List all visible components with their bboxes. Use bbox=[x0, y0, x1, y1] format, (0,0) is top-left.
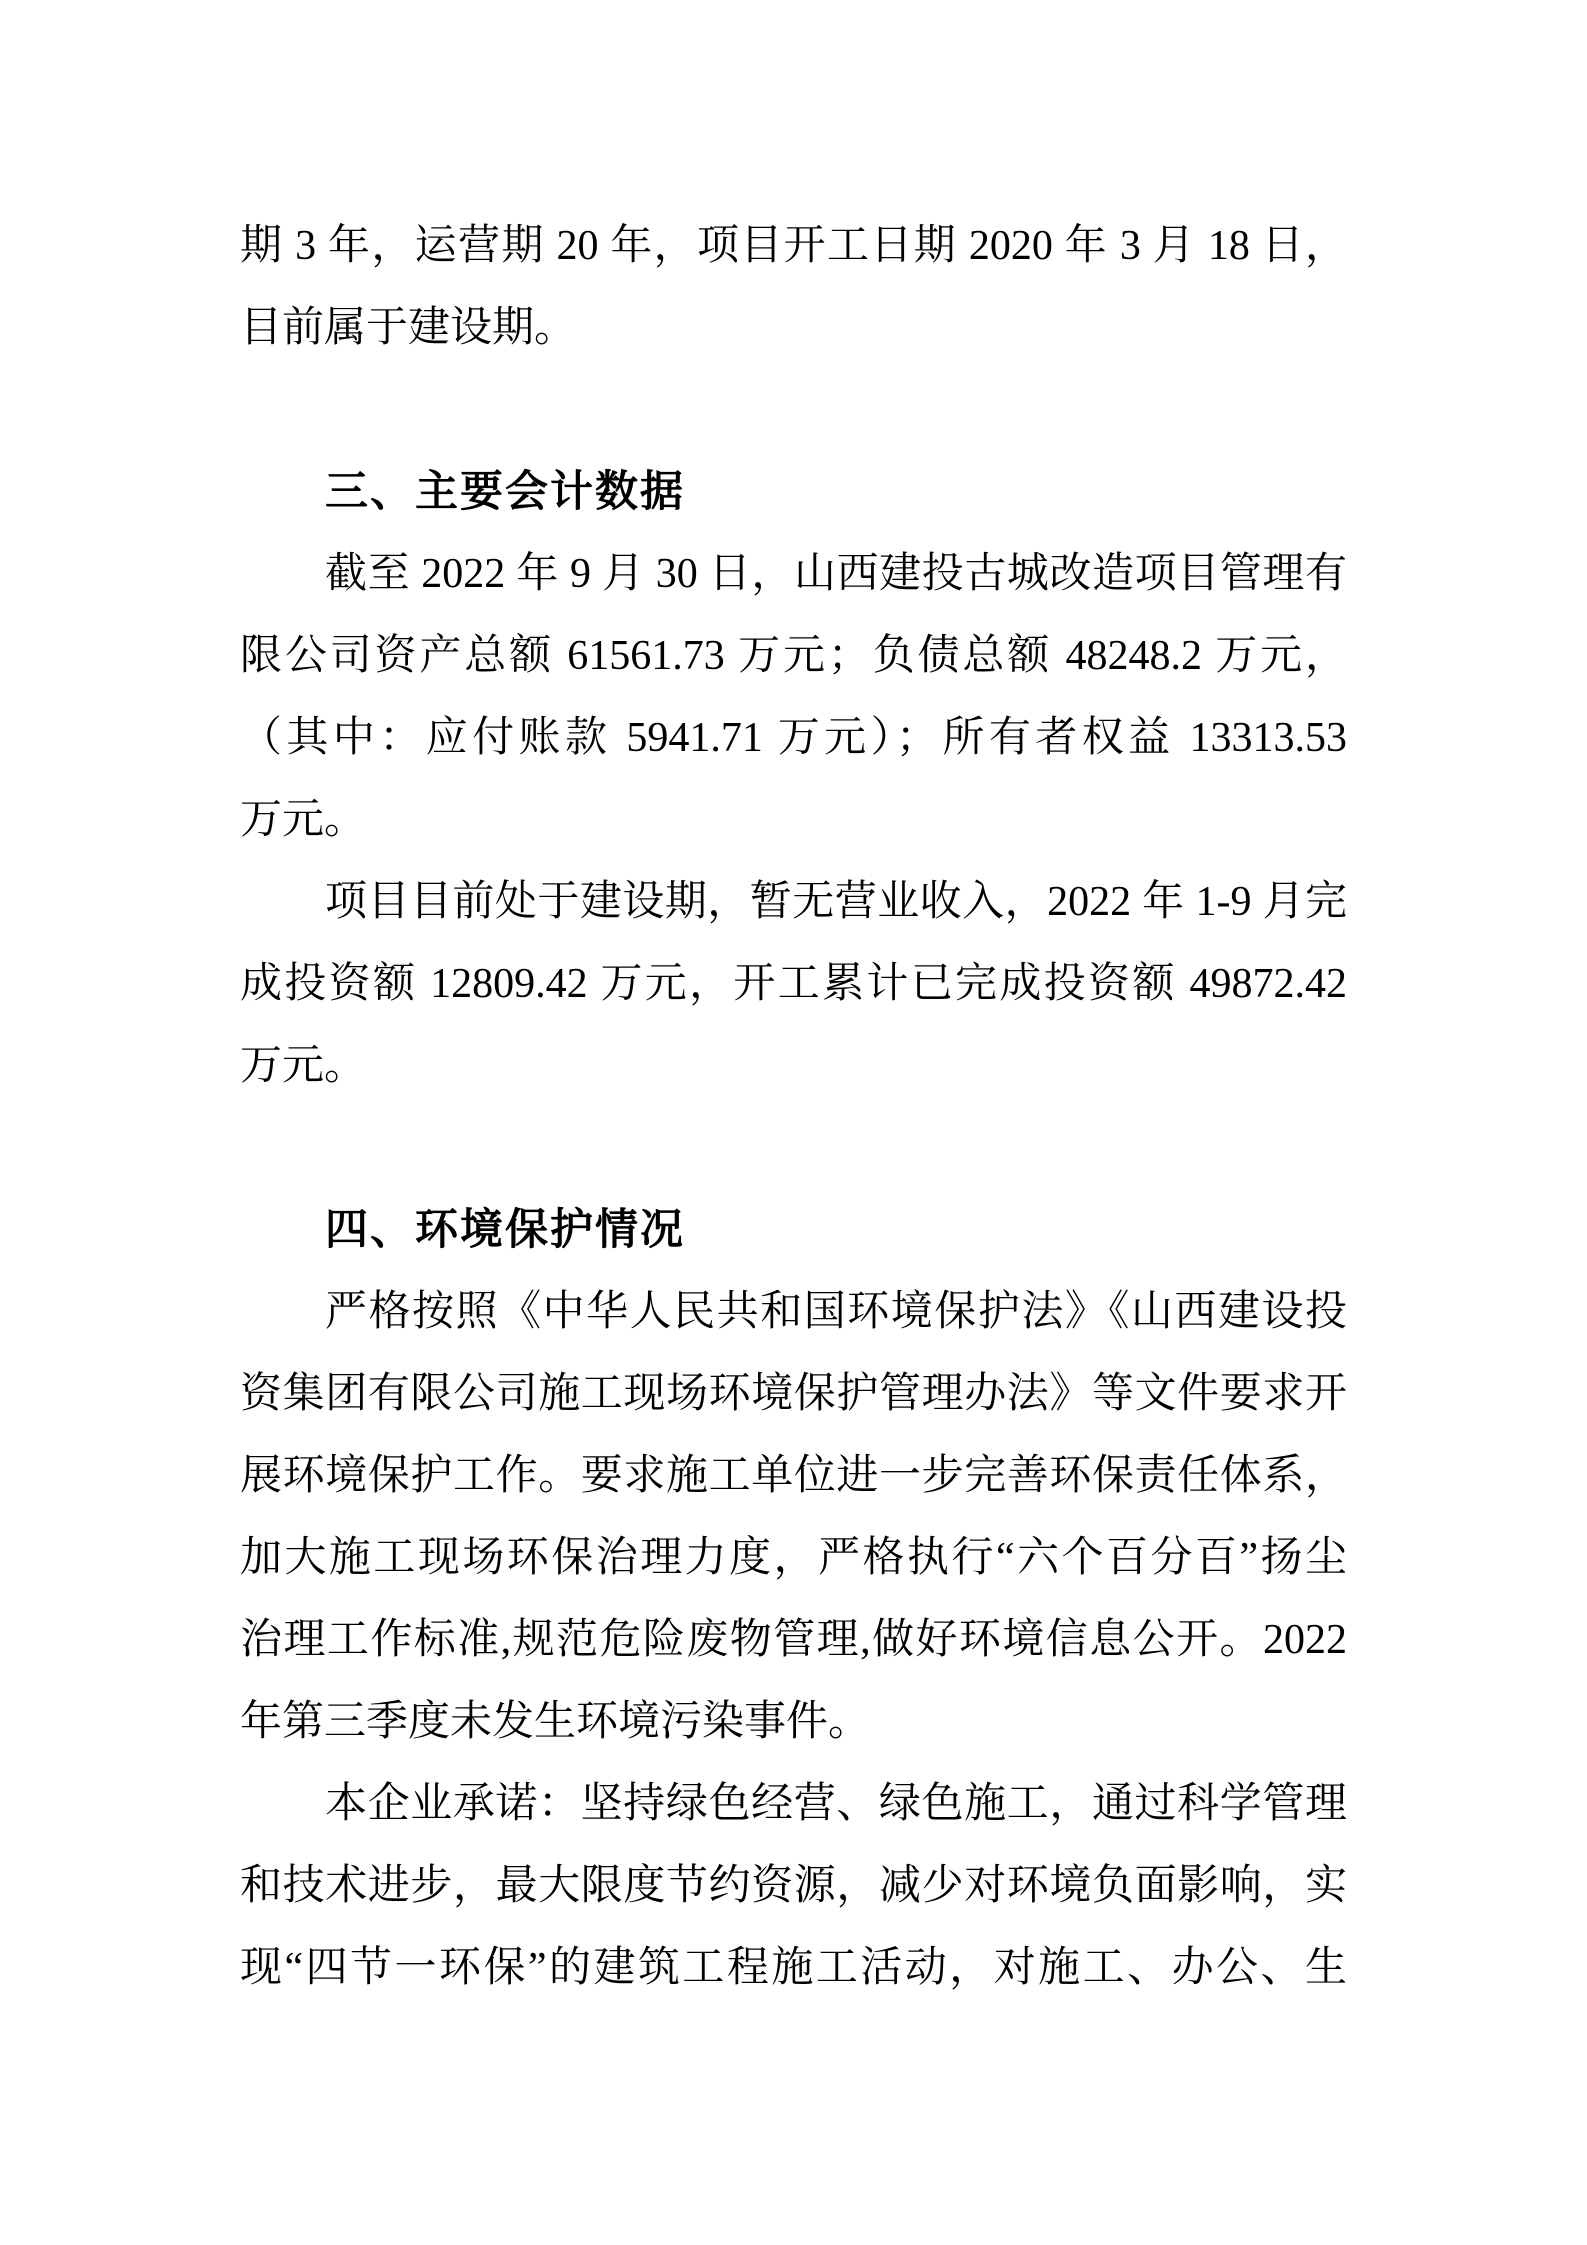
text-line: （其中：应付账款 5941.71 万元）；所有者权益 13313.53 bbox=[240, 697, 1347, 779]
text-line: 万元。 bbox=[240, 779, 1347, 861]
document-page: 期 3 年，运营期 20 年，项目开工日期 2020 年 3 月 18 日， 目… bbox=[0, 0, 1587, 2245]
blank-line bbox=[240, 1107, 1347, 1189]
blank-line bbox=[240, 369, 1347, 451]
text-line: 成投资额 12809.42 万元，开工累计已完成投资额 49872.42 bbox=[240, 943, 1347, 1025]
text-line: 和技术进步，最大限度节约资源，减少对环境负面影响，实 bbox=[240, 1845, 1347, 1927]
text-line: 目前属于建设期。 bbox=[240, 287, 1347, 369]
section-heading-environmental-protection: 四、环境保护情况 bbox=[240, 1189, 1347, 1271]
text-line: 本企业承诺：坚持绿色经营、绿色施工，通过科学管理 bbox=[240, 1763, 1347, 1845]
text-line: 加大施工现场环保治理力度，严格执行“六个百分百”扬尘 bbox=[240, 1517, 1347, 1599]
text-line: 截至 2022 年 9 月 30 日，山西建投古城改造项目管理有 bbox=[240, 533, 1347, 615]
text-line: 严格按照《中华人民共和国环境保护法》《山西建设投 bbox=[240, 1271, 1347, 1353]
text-line: 治理工作标准,规范危险废物管理,做好环境信息公开。2022 bbox=[240, 1599, 1347, 1681]
text-line: 限公司资产总额 61561.73 万元；负债总额 48248.2 万元， bbox=[240, 615, 1347, 697]
text-line: 期 3 年，运营期 20 年，项目开工日期 2020 年 3 月 18 日， bbox=[240, 205, 1347, 287]
text-line: 资集团有限公司施工现场环境保护管理办法》等文件要求开 bbox=[240, 1353, 1347, 1435]
text-line: 年第三季度未发生环境污染事件。 bbox=[240, 1681, 1347, 1763]
text-line: 万元。 bbox=[240, 1025, 1347, 1107]
section-heading-accounting-data: 三、主要会计数据 bbox=[240, 451, 1347, 533]
text-line: 项目目前处于建设期，暂无营业收入，2022 年 1-9 月完 bbox=[240, 861, 1347, 943]
text-line: 展环境保护工作。要求施工单位进一步完善环保责任体系， bbox=[240, 1435, 1347, 1517]
text-line: 现“四节一环保”的建筑工程施工活动，对施工、办公、生 bbox=[240, 1927, 1347, 2009]
